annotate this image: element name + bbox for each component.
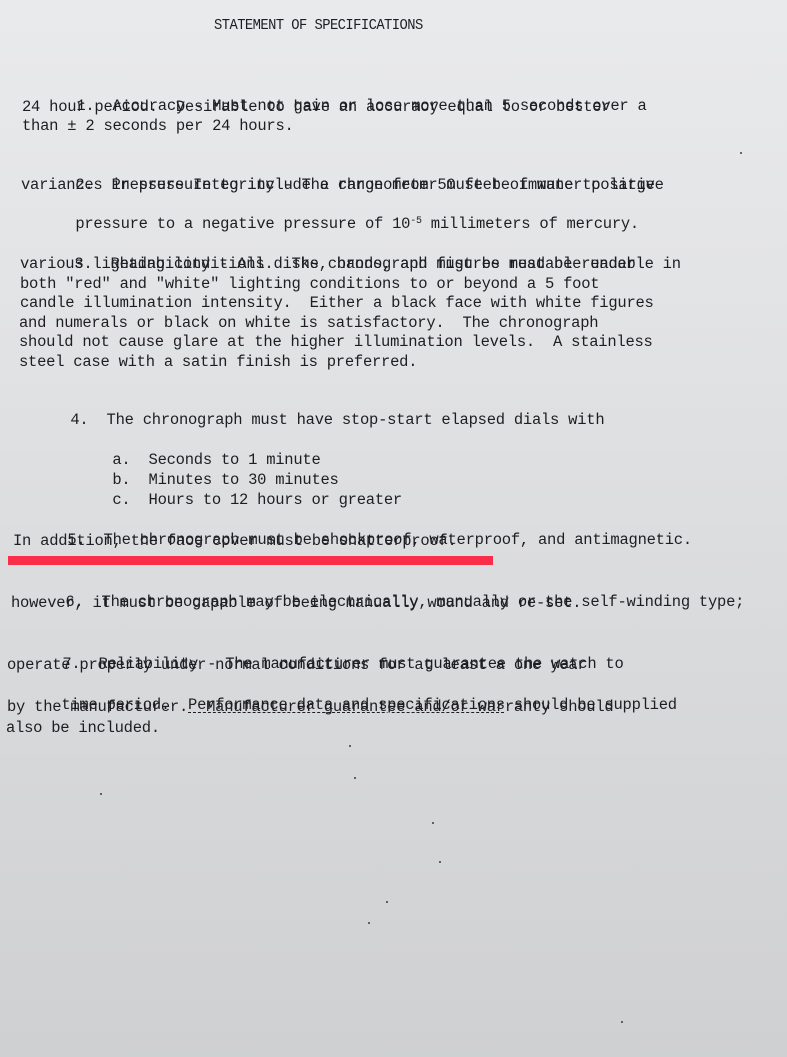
document-title: STATEMENT OF SPECIFICATIONS <box>214 17 423 34</box>
paper-speck <box>368 922 370 924</box>
section-text: should not cause glare at the higher ill… <box>19 333 653 352</box>
section-text: however, it must be capable of being man… <box>11 594 581 613</box>
section-number: 4. <box>70 411 88 429</box>
section-text: and numerals or black on white is satisf… <box>19 314 598 333</box>
paper-speck <box>432 822 434 824</box>
paper-speck <box>349 745 351 747</box>
paper-speck <box>100 793 102 795</box>
paper-speck <box>386 901 388 903</box>
list-text: Hours to 12 hours or greater <box>149 491 402 509</box>
list-letter: c. <box>112 491 130 509</box>
section-text: pressure to a negative pressure of 10 <box>75 215 410 233</box>
section-text: than ± 2 seconds per 24 hours. <box>22 117 294 136</box>
section-text: The chronograph must have stop-start ela… <box>107 411 605 429</box>
section-text: millimeters of mercury. <box>422 215 639 233</box>
section-text: steel case with a satin finish is prefer… <box>19 353 417 372</box>
red-highlight-underline <box>8 556 493 565</box>
section-text: also be included. <box>6 719 160 738</box>
section-text: 24 hour period. Desirable to have an acc… <box>22 98 610 117</box>
paper-speck <box>439 861 441 863</box>
paper-speck <box>740 152 742 154</box>
section-text: variances in pressure to include a range… <box>21 176 664 195</box>
section-text: various lighting conditions. The chronog… <box>20 255 636 274</box>
exponent: -5 <box>410 216 422 227</box>
paper-speck <box>621 1021 623 1023</box>
section-text: by the manufacturer. Manufacturer guaran… <box>7 698 613 717</box>
section-text: operate properly under normal conditions… <box>7 656 586 675</box>
section-text: both "red" and "white" lighting conditio… <box>20 275 599 294</box>
section-text: candle illumination intensity. Either a … <box>20 294 654 313</box>
document-page: STATEMENT OF SPECIFICATIONS 1. Accuracy … <box>0 0 787 1057</box>
paper-speck <box>354 777 356 779</box>
section-text: In addition, the face cover must be shat… <box>13 532 457 551</box>
